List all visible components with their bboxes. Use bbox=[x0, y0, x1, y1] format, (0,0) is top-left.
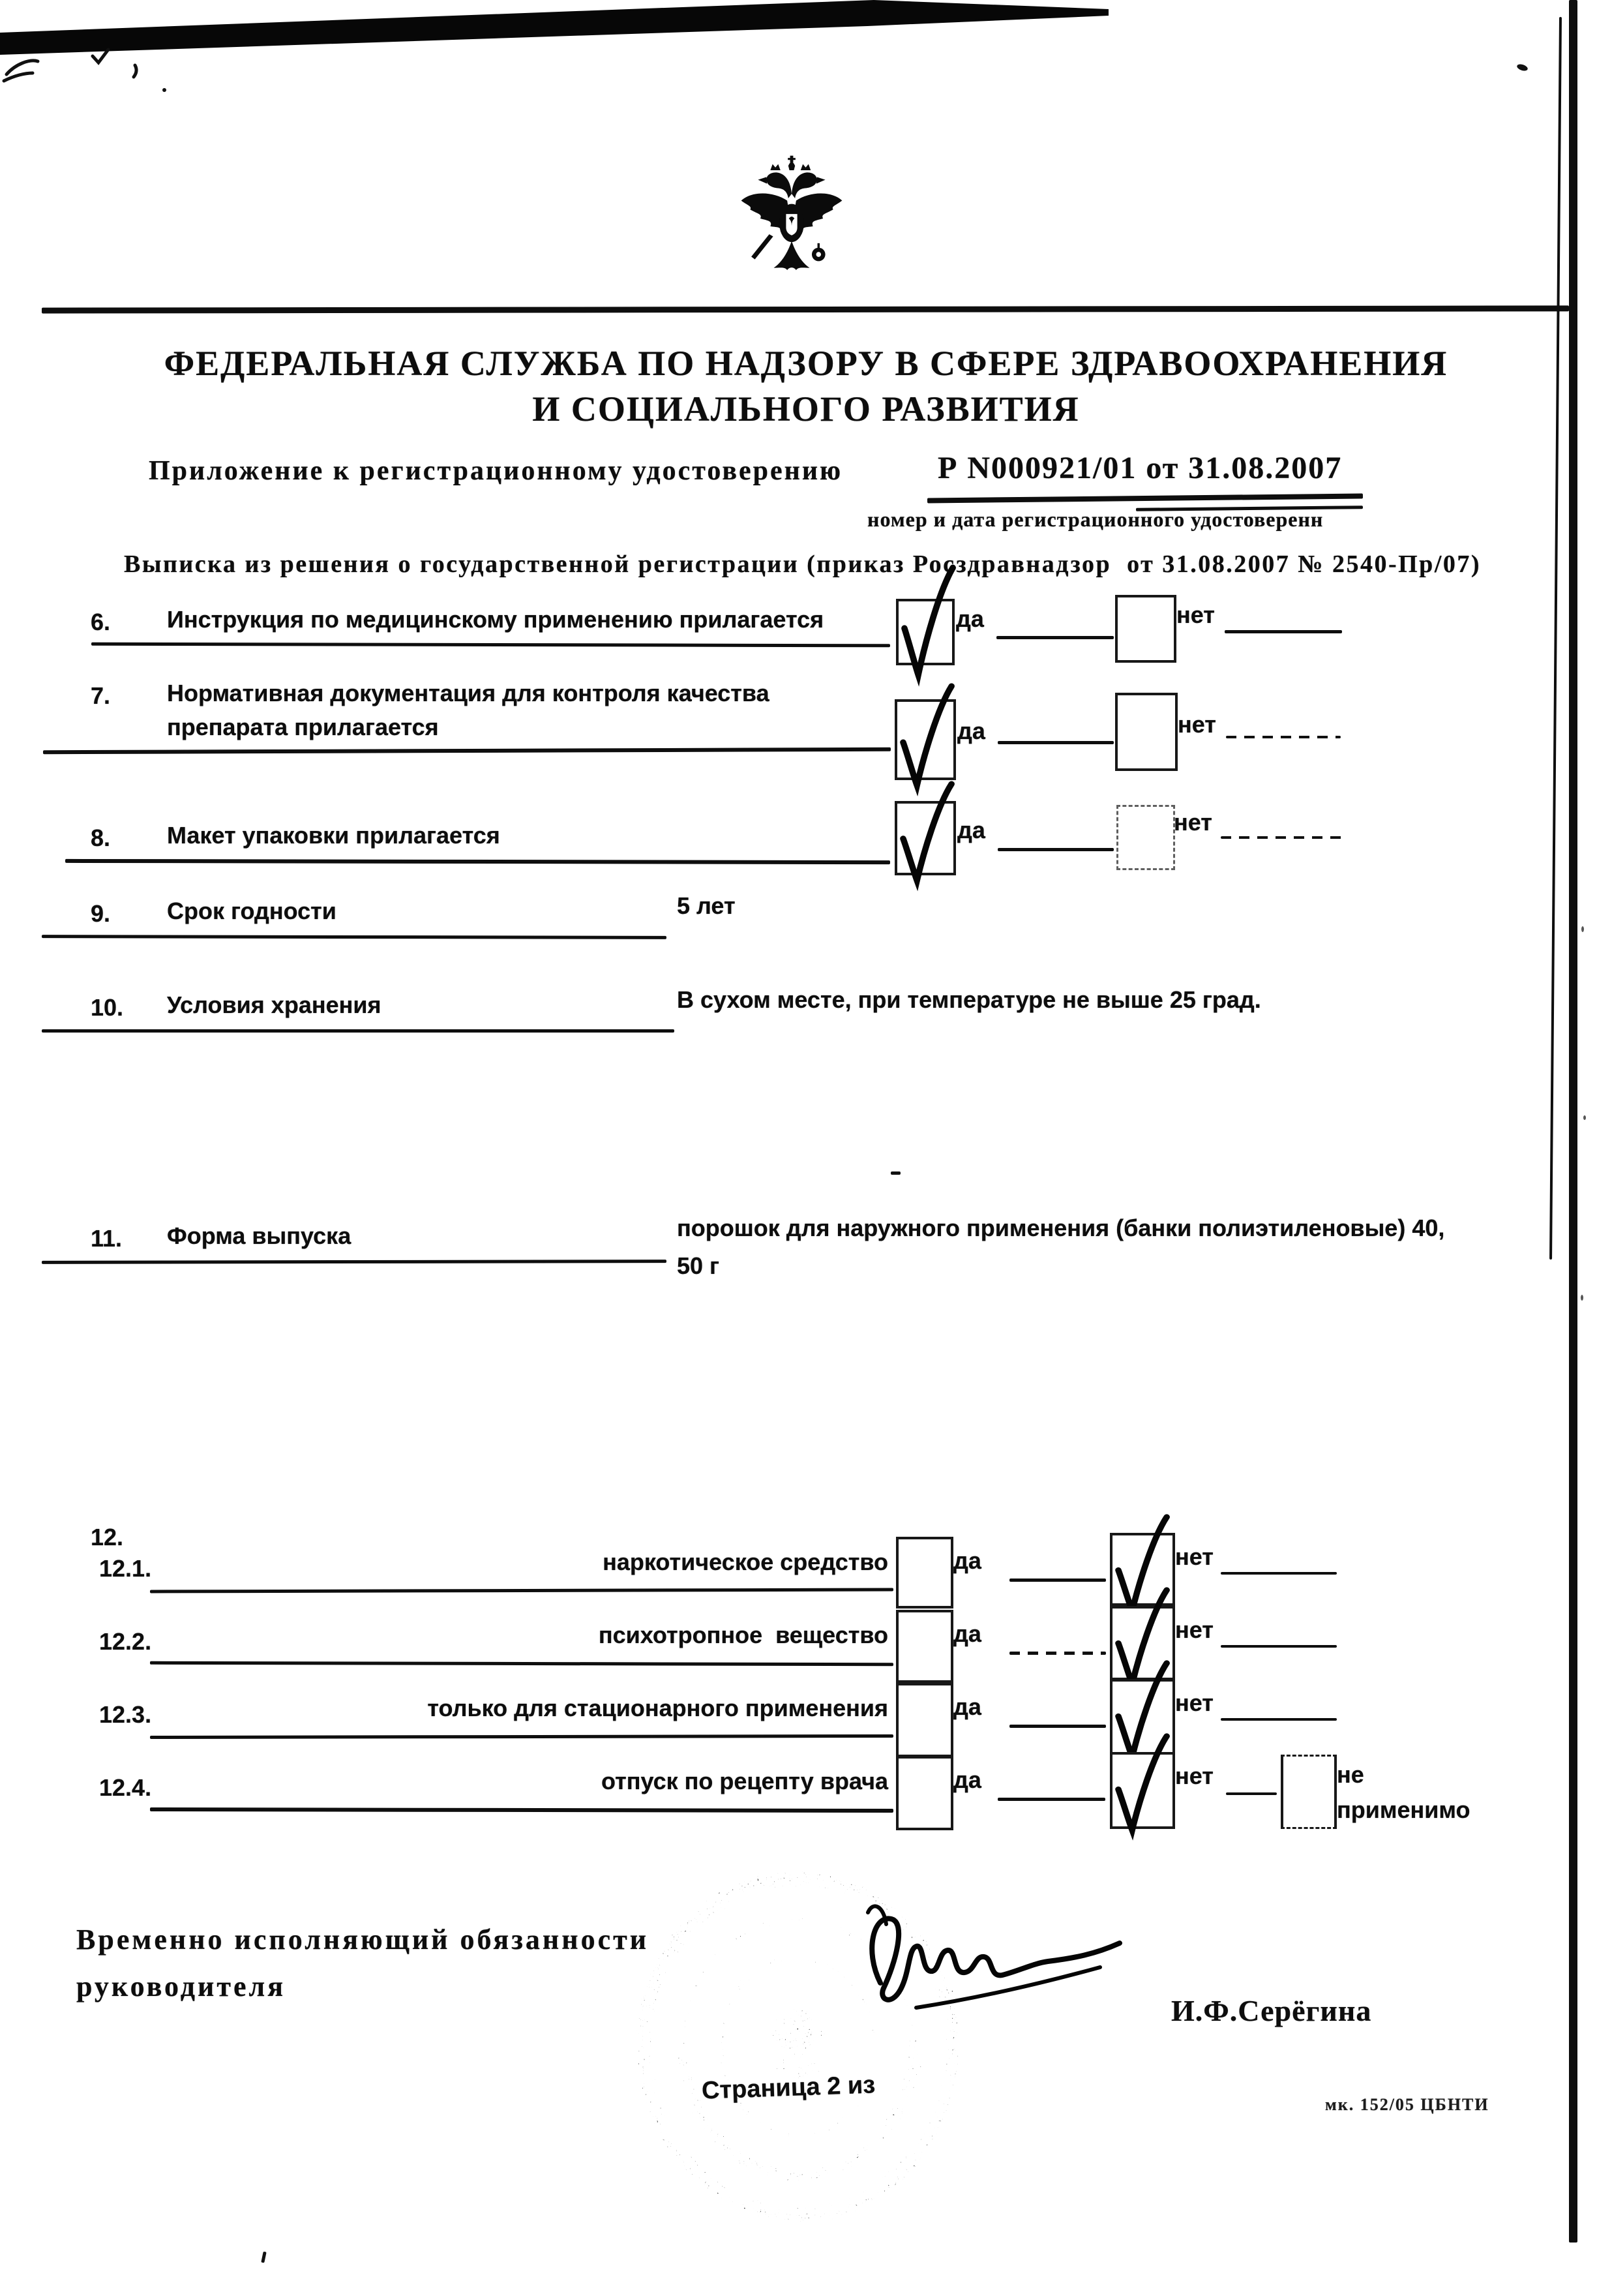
item9-underline bbox=[42, 935, 666, 939]
item6-trailline bbox=[1225, 630, 1342, 633]
item12-4-na-label-line1: не bbox=[1337, 1761, 1364, 1789]
item12-number: 12. bbox=[91, 1524, 123, 1551]
item12-1-yes-checkbox bbox=[896, 1537, 953, 1609]
scan-artifact-right-line-thin bbox=[1549, 17, 1562, 1260]
item8-yes-label: да bbox=[957, 817, 985, 844]
scan-artifact-dash bbox=[891, 1171, 901, 1175]
scan-artifact-right-line-thick bbox=[1569, 0, 1577, 2243]
item12-3-number: 12.3. bbox=[99, 1701, 151, 1729]
scan-artifact-tickmark bbox=[261, 2252, 266, 2263]
item12-4-yes-checkbox bbox=[896, 1756, 953, 1830]
item12-2-yes-label: да bbox=[953, 1620, 981, 1648]
signer-post-line2: руководителя bbox=[76, 1970, 286, 2003]
item11-number: 11. bbox=[91, 1225, 122, 1252]
item12-3-midline bbox=[1009, 1725, 1106, 1728]
item9-value: 5 лет bbox=[677, 892, 736, 920]
item8-underline bbox=[65, 859, 890, 864]
reg-number-caption: номер и дата регистрационного удостовере… bbox=[867, 507, 1323, 532]
item7-trailline bbox=[1226, 736, 1341, 738]
item12-1-no-label: нет bbox=[1175, 1543, 1214, 1571]
item12-1-midline bbox=[1009, 1578, 1106, 1582]
item12-1-underline bbox=[150, 1588, 893, 1594]
scan-artifact-corner-scribble bbox=[1, 44, 171, 97]
item12-3-yes-checkbox bbox=[896, 1683, 953, 1757]
item11-label: Форма выпуска bbox=[167, 1222, 351, 1250]
item12-2-trailline bbox=[1221, 1645, 1337, 1648]
item6-no-label: нет bbox=[1176, 601, 1215, 629]
item12-1-number: 12.1. bbox=[99, 1555, 151, 1582]
scan-noise bbox=[1581, 1295, 1583, 1301]
org-name-line1: ФЕДЕРАЛЬНАЯ СЛУЖБА ПО НАДЗОРУ В СФЕРЕ ЗД… bbox=[164, 343, 1448, 384]
item8-number: 8. bbox=[91, 824, 110, 852]
item7-label-line2: препарата прилагается bbox=[167, 714, 439, 741]
signature bbox=[818, 1879, 1144, 2048]
doc-title: Приложение к регистрационному удостовере… bbox=[149, 455, 843, 487]
item12-2-number: 12.2. bbox=[99, 1628, 151, 1655]
item7-label-line1: Нормативная документация для контроля ка… bbox=[167, 680, 769, 707]
item11-value-line1: порошок для наружного применения (банки … bbox=[677, 1215, 1444, 1242]
item9-label: Срок годности bbox=[167, 898, 336, 925]
item9-number: 9. bbox=[91, 900, 110, 928]
item12-4-label: отпуск по рецепту врача bbox=[167, 1768, 888, 1795]
item12-3-no-label: нет bbox=[1175, 1689, 1214, 1717]
item12-4-no-checkbox bbox=[1110, 1752, 1175, 1829]
item7-yes-checkbox bbox=[895, 699, 956, 780]
item10-label: Условия хранения bbox=[167, 991, 381, 1019]
item6-underline bbox=[91, 642, 890, 648]
scanned-document-page: ФЕДЕРАЛЬНАЯ СЛУЖБА ПО НАДЗОРУ В СФЕРЕ ЗД… bbox=[0, 0, 1612, 2296]
signer-post-line1: Временно исполняющий обязанности bbox=[76, 1923, 649, 1956]
item10-underline bbox=[42, 1029, 674, 1033]
item8-yes-checkbox bbox=[895, 801, 956, 875]
item7-no-label: нет bbox=[1178, 711, 1216, 738]
extract-line: Выписка из решения о государственной рег… bbox=[124, 550, 1481, 579]
org-name-line2: И СОЦИАЛЬНОГО РАЗВИТИЯ bbox=[532, 389, 1079, 429]
item7-underline bbox=[43, 748, 891, 755]
item11-value-line2: 50 г bbox=[677, 1252, 719, 1280]
item12-4-no-label: нет bbox=[1175, 1762, 1214, 1790]
item12-4-yes-label: да bbox=[953, 1766, 981, 1794]
item12-2-label: психотропное вещество bbox=[167, 1622, 888, 1649]
item12-1-trailline bbox=[1221, 1572, 1337, 1575]
item7-midline bbox=[998, 741, 1114, 744]
reg-number-underline bbox=[927, 494, 1363, 504]
item6-number: 6. bbox=[91, 609, 110, 636]
item7-number: 7. bbox=[91, 682, 110, 710]
item8-midline bbox=[998, 848, 1114, 851]
item6-yes-label: да bbox=[956, 605, 984, 633]
item12-4-underline bbox=[150, 1807, 893, 1813]
coat-of-arms-icon bbox=[736, 154, 848, 283]
item12-4-na-checkbox bbox=[1281, 1755, 1337, 1829]
item8-trailline bbox=[1221, 836, 1342, 839]
header-divider bbox=[42, 305, 1569, 313]
item11-underline bbox=[42, 1260, 666, 1264]
check-icon bbox=[892, 780, 961, 901]
item12-2-yes-checkbox bbox=[896, 1610, 953, 1683]
print-code: мк. 152/05 ЦБНТИ bbox=[1325, 2095, 1489, 2115]
item12-3-trailline bbox=[1221, 1718, 1337, 1721]
check-icon bbox=[893, 564, 963, 697]
item12-4-midline bbox=[998, 1798, 1105, 1801]
item10-value: В сухом месте, при температуре не выше 2… bbox=[677, 986, 1261, 1014]
item12-3-yes-label: да bbox=[953, 1693, 981, 1721]
item8-no-label: нет bbox=[1174, 809, 1212, 836]
scan-artifact-dot bbox=[1516, 63, 1529, 72]
item12-1-yes-label: да bbox=[953, 1547, 981, 1575]
item12-2-underline bbox=[150, 1661, 893, 1666]
item12-3-underline bbox=[150, 1734, 893, 1739]
item12-4-na-label-line2: применимо bbox=[1337, 1796, 1470, 1824]
item8-no-checkbox bbox=[1116, 805, 1175, 870]
item12-3-label: только для стационарного применения bbox=[167, 1695, 888, 1722]
item6-yes-checkbox bbox=[896, 599, 955, 665]
item7-yes-label: да bbox=[957, 717, 985, 745]
signer-name: И.Ф.Серёгина bbox=[1171, 1993, 1371, 2028]
item12-2-midline bbox=[1009, 1652, 1106, 1655]
check-icon bbox=[1107, 1732, 1176, 1850]
item10-number: 10. bbox=[91, 994, 123, 1021]
item6-no-checkbox bbox=[1115, 595, 1176, 663]
item12-2-no-label: нет bbox=[1175, 1616, 1214, 1644]
item7-no-checkbox bbox=[1115, 693, 1178, 771]
scan-noise bbox=[1583, 1115, 1586, 1120]
item12-4-shortline bbox=[1226, 1792, 1277, 1795]
reg-number: Р N000921/01 от 31.08.2007 bbox=[938, 450, 1342, 486]
scan-noise bbox=[1581, 926, 1584, 932]
item6-midline bbox=[996, 636, 1114, 639]
item12-1-label: наркотическое средство bbox=[167, 1548, 888, 1576]
item12-4-number: 12.4. bbox=[99, 1774, 151, 1802]
item8-label: Макет упаковки прилагается bbox=[167, 822, 500, 849]
item6-label: Инструкция по медицинскому применению пр… bbox=[167, 606, 824, 633]
